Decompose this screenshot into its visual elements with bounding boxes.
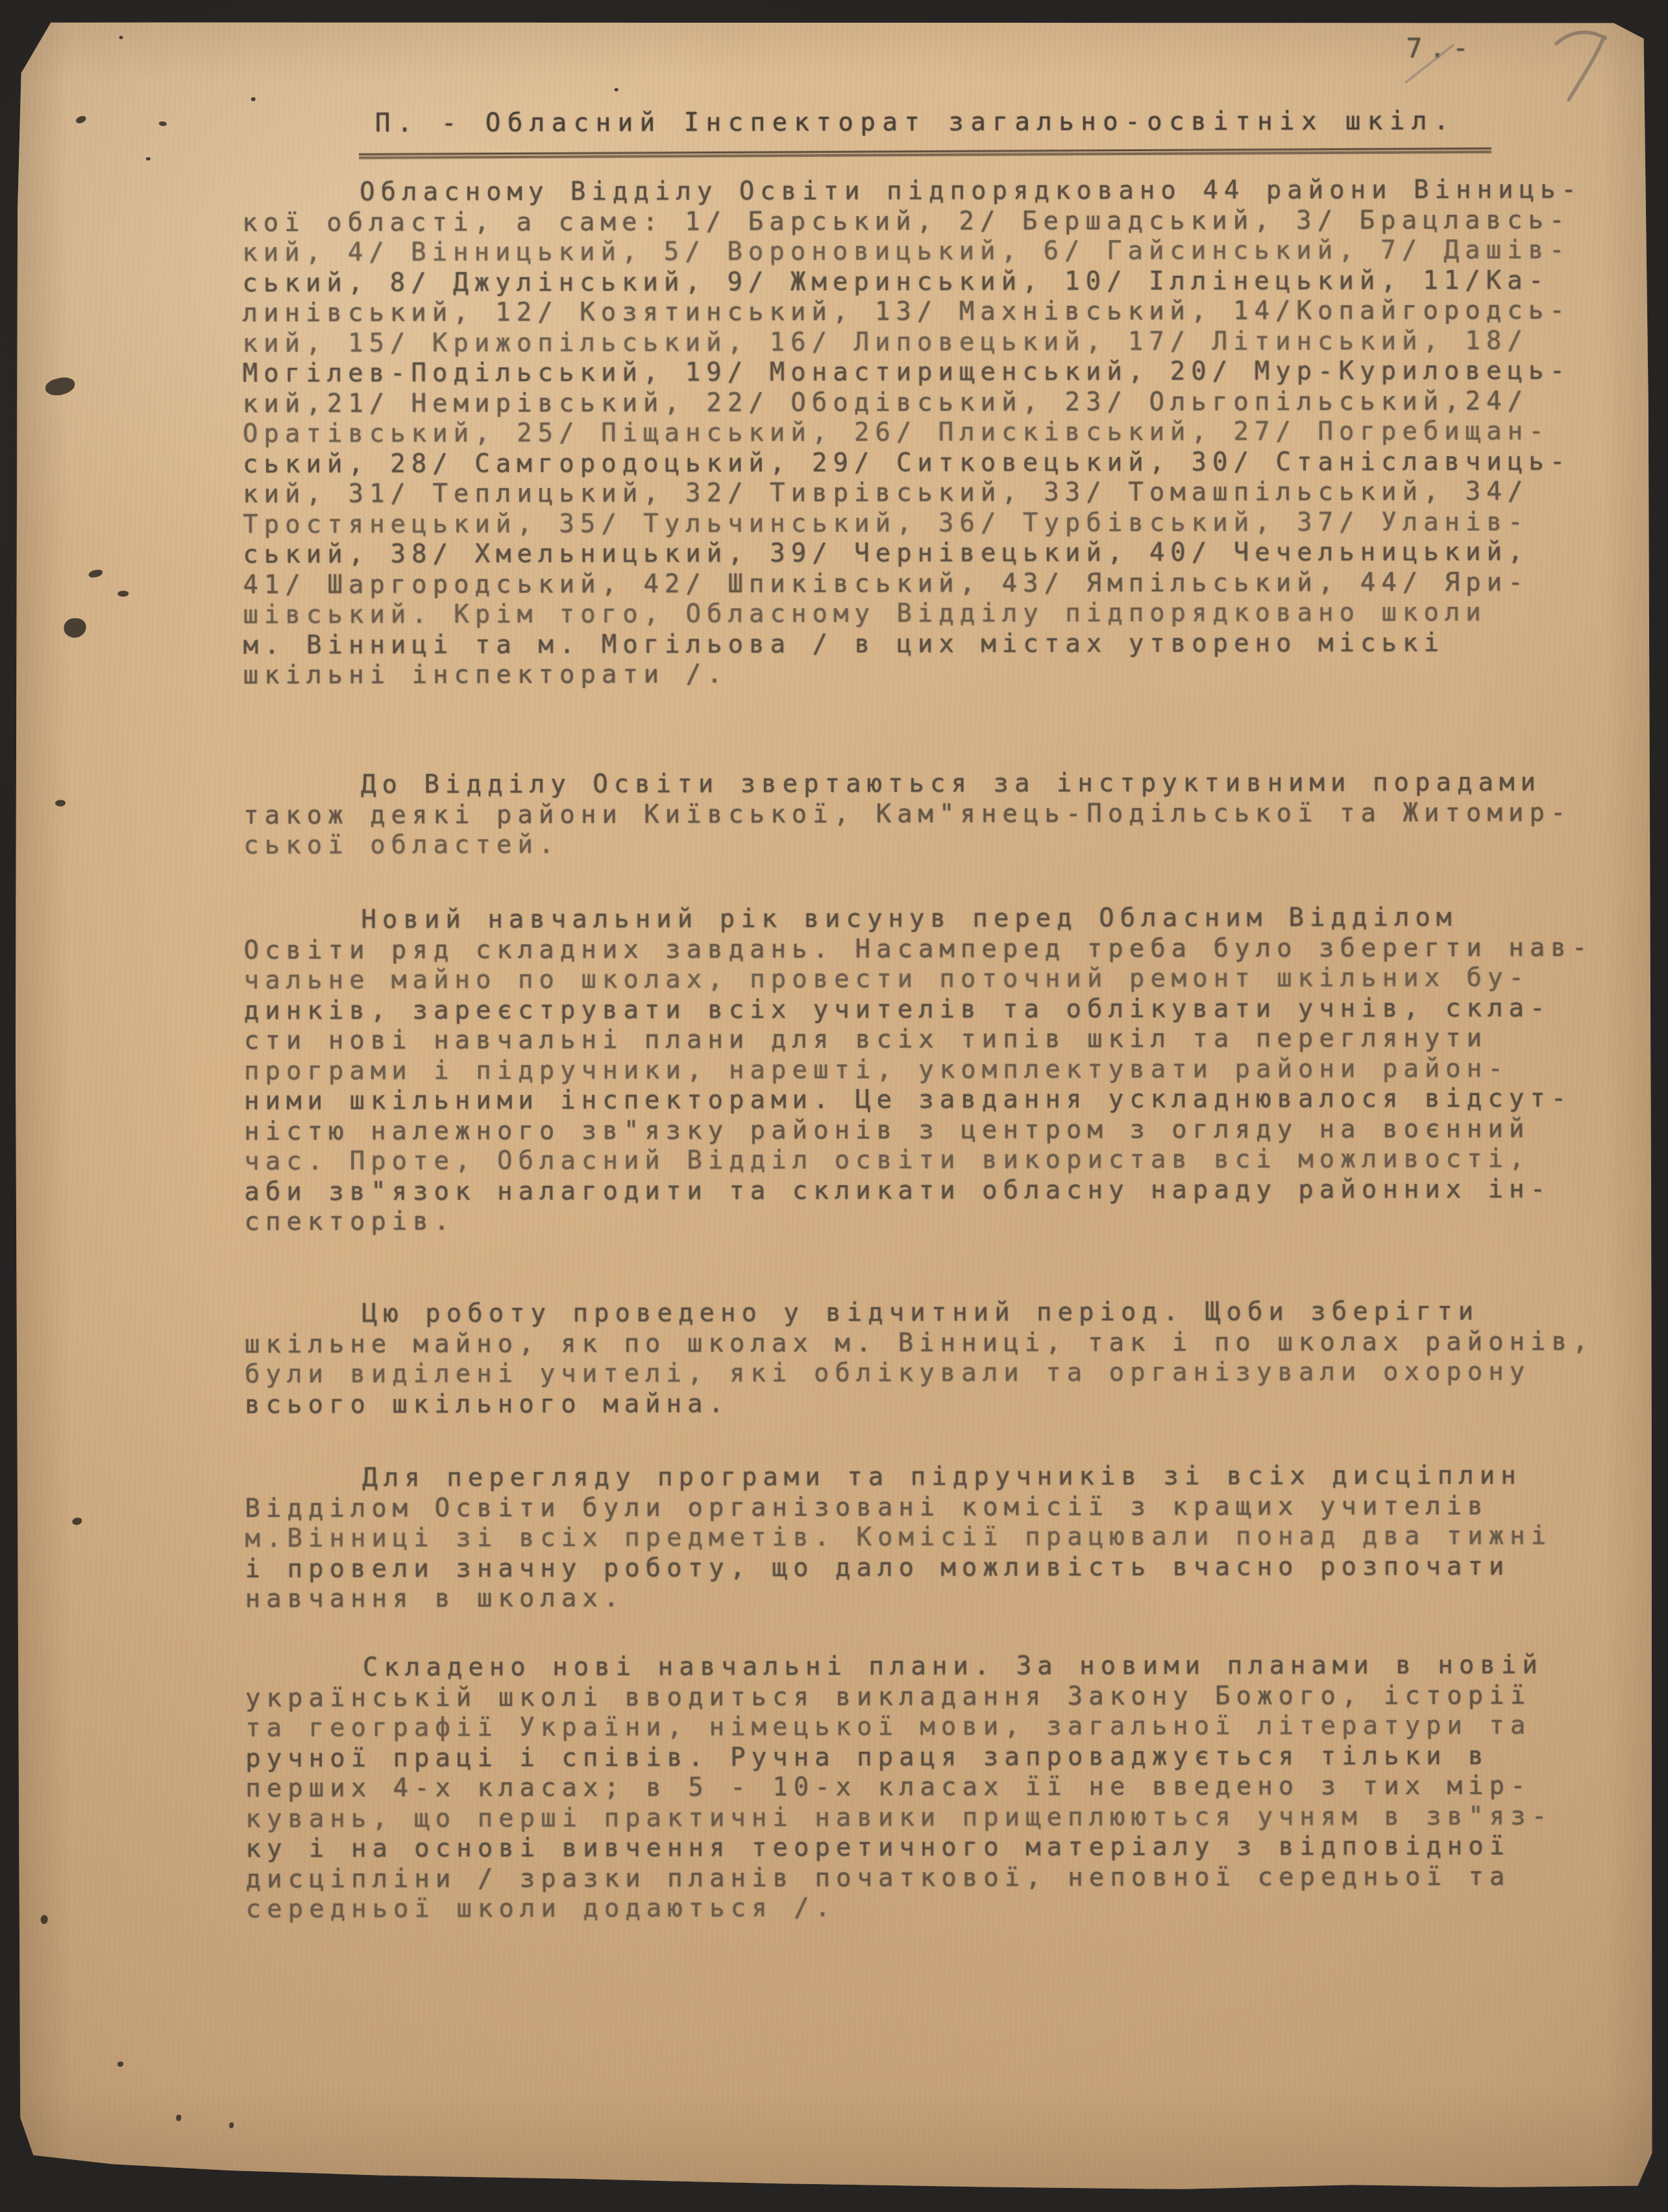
- paragraph: Цю роботу проведено у відчитний період. …: [245, 1297, 1588, 1420]
- speck: [64, 618, 86, 637]
- text-line: Обласному Відділу Освіти підпорядковано …: [242, 175, 1586, 208]
- text-line: були виділені учителі, які облікували та…: [245, 1357, 1588, 1390]
- text-line: Тростянецький, 35/ Тульчинський, 36/ Тур…: [243, 507, 1586, 540]
- document-title: П. - Обласний Інспекторат загально-освіт…: [375, 106, 1456, 138]
- text-line: 41/ Шаргородський, 42/ Шпиківський, 43/ …: [243, 567, 1586, 600]
- text-line: спекторів.: [244, 1205, 1588, 1238]
- text-line: чальне майно по школах, провести поточни…: [244, 963, 1588, 996]
- text-line: ський, 8/ Джулінський, 9/ Жмеринський, 1…: [242, 265, 1586, 299]
- speck: [119, 36, 123, 39]
- text-line: м. Вінниці та м. Могільова / в цих міста…: [243, 628, 1586, 661]
- speck: [44, 376, 77, 398]
- text-line: кий, 31/ Теплицький, 32/ Тиврівський, 33…: [243, 477, 1586, 510]
- text-line: Складено нові навчальні плани. За новими…: [245, 1651, 1589, 1684]
- text-line: шкільне майно, як по школах м. Вінниці, …: [245, 1327, 1588, 1360]
- text-line: Оратівський, 25/ Піщанський, 26/ Плисків…: [243, 417, 1586, 450]
- text-line: і провели значну роботу, що дало можливі…: [245, 1551, 1588, 1584]
- speck: [158, 121, 167, 127]
- text-line: та географії України, німецької мови, за…: [245, 1711, 1589, 1744]
- paper-specks: [10, 11, 1650, 14]
- speck: [55, 800, 66, 806]
- text-line: програми і підручники, нарешті, укомплек…: [244, 1053, 1588, 1087]
- speck: [117, 591, 129, 596]
- text-line: також деякі райони Київської, Кам"янець-…: [243, 798, 1587, 831]
- text-line: всього шкільного майна.: [245, 1387, 1588, 1420]
- text-line: ський, 38/ Хмельницький, 39/ Чернівецьки…: [243, 537, 1586, 571]
- speck: [117, 2061, 123, 2067]
- text-line: ської областей.: [243, 828, 1587, 861]
- text-line: линівський, 12/ Козятинський, 13/ Махнів…: [242, 296, 1586, 329]
- document-body: П. - Обласний Інспекторат загально-освіт…: [241, 12, 1589, 2196]
- document-page: 7.- П. - Обласний Інспекторат загально-о…: [10, 11, 1654, 2196]
- text-line: м.Вінниці зі всіх предметів. Комісії пра…: [245, 1521, 1588, 1555]
- speck: [71, 1517, 82, 1525]
- text-line: шкільні інспекторати /.: [243, 658, 1587, 691]
- text-line: дисціпліни / зразки планів початкової, н…: [245, 1862, 1589, 1895]
- text-line: кої області, а саме: 1/ Барський, 2/ Бер…: [242, 205, 1586, 238]
- text-line: кувань, що перші практичні навики прищеп…: [245, 1801, 1589, 1834]
- title-underline: [359, 147, 1491, 159]
- text-line: сти нові навчальні плани для всіх типів …: [244, 1024, 1588, 1057]
- text-line: кий,21/ Немирівський, 22/ Ободівський, 2…: [243, 386, 1586, 419]
- text-line: навчання в школах.: [245, 1582, 1589, 1615]
- text-line: ручної праці і співів. Ручна праця запро…: [245, 1741, 1589, 1774]
- text-line: ку і на основі вивчення теоретичного мат…: [245, 1832, 1589, 1865]
- text-line: ністю належного зв"язку районів з центро…: [244, 1114, 1588, 1147]
- text-line: кий, 15/ Крижопільський, 16/ Липовецький…: [242, 326, 1586, 359]
- text-line: динків, зареєструвати всіх учителів та о…: [244, 993, 1588, 1026]
- paragraph: Для перегляду програми та підручників зі…: [245, 1461, 1588, 1615]
- text-line: ський, 28/ Самгородоцький, 29/ Ситковець…: [243, 447, 1586, 480]
- text-line: шівський. Крім того, Обласному Відділу п…: [243, 598, 1586, 631]
- speck: [176, 2115, 181, 2121]
- text-line: середньої школи додаються /.: [246, 1892, 1589, 1925]
- text-line: перших 4-х класах; в 5 - 10-х класах її …: [245, 1771, 1589, 1804]
- text-line: час. Проте, Обласний Відділ освіти викор…: [244, 1144, 1588, 1177]
- text-line: українській школі вводиться викладання З…: [245, 1680, 1589, 1714]
- text-line: Для перегляду програми та підручників зі…: [245, 1461, 1588, 1494]
- paragraph: Складено нові навчальні плани. За новими…: [245, 1651, 1589, 1925]
- text-line: Відділом Освіти були організовані комісі…: [245, 1491, 1588, 1524]
- speck: [229, 2122, 234, 2128]
- speck: [88, 569, 103, 578]
- text-line: Цю роботу проведено у відчитний період. …: [245, 1297, 1588, 1330]
- text-line: До Відділу Освіти звертаються за інструк…: [243, 768, 1587, 801]
- paragraph: До Відділу Освіти звертаються за інструк…: [243, 768, 1587, 861]
- scan-background: { "page": { "page_number_typed": "7.-", …: [0, 0, 1668, 2212]
- speck: [41, 1915, 48, 1924]
- paragraph: Обласному Відділу Освіти підпорядковано …: [242, 175, 1587, 691]
- text-line: ними шкільними інспекторами. Це завдання…: [244, 1084, 1588, 1117]
- text-line: кий, 4/ Вінницький, 5/ Вороновицький, 6/…: [242, 236, 1586, 269]
- text-line: аби зв"язок налагодити та скликати облас…: [244, 1174, 1588, 1207]
- text-line: Новий навчальний рік висунув перед Облас…: [243, 903, 1587, 936]
- text-line: Освіти ряд складних завдань. Насамперед …: [243, 933, 1587, 966]
- paragraph: Новий навчальний рік висунув перед Облас…: [243, 903, 1588, 1238]
- text-line: Могілев-Подільський, 19/ Монастирищенськ…: [243, 356, 1586, 389]
- speck: [146, 157, 151, 160]
- speck: [75, 115, 87, 125]
